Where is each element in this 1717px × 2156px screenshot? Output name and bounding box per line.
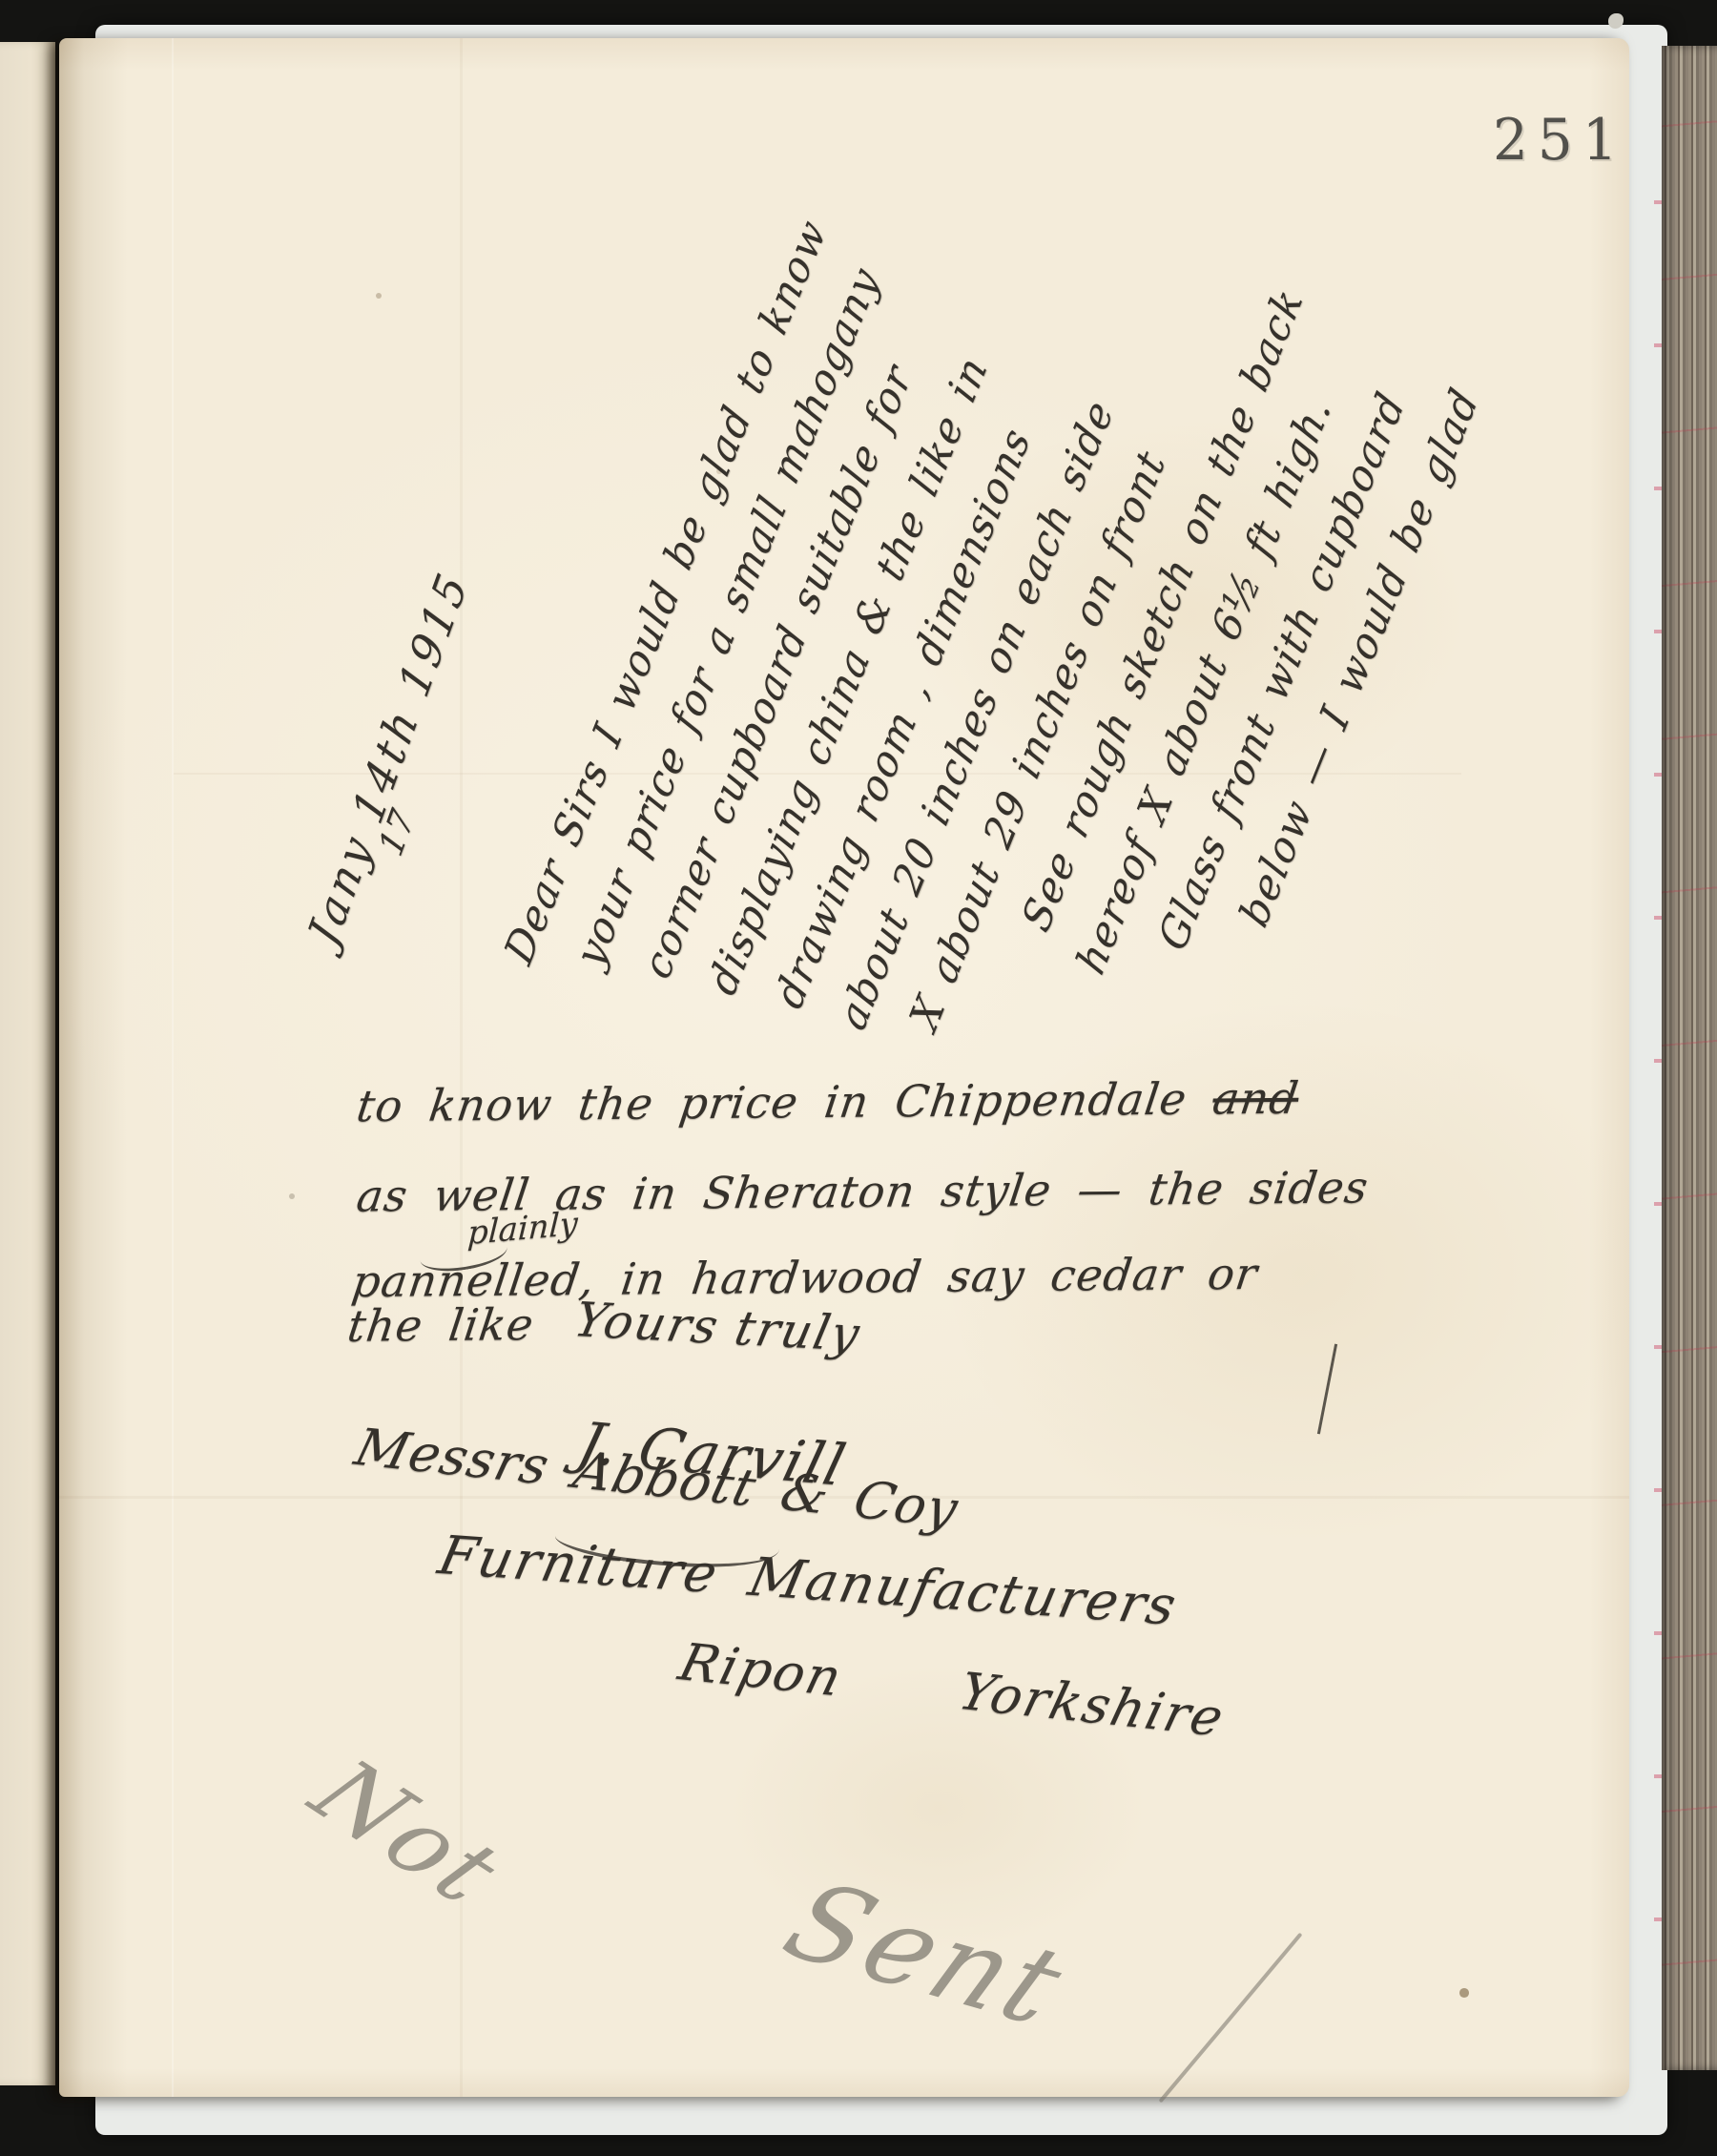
previous-page-edge [0, 42, 55, 2085]
paper-crease [172, 38, 174, 2097]
letter-page: 251 Jany 14th 1915 17 Dear Sirs I would … [59, 38, 1629, 2097]
struck-word: and [1210, 1072, 1302, 1125]
letter-date: Jany 14th 1915 [298, 563, 480, 954]
pencil-stroke [1159, 1933, 1303, 2104]
continuation-line-1-text: to know the price in Chippendale [354, 1072, 1217, 1131]
recipient-address-line: RiponYorkshire [673, 1632, 1231, 1749]
recipient-town: Ripon [673, 1632, 849, 1708]
page-stack-edge [1662, 46, 1717, 2070]
recipient-business: Furniture Manufacturers [433, 1524, 1183, 1637]
stray-ink-mark [1317, 1344, 1337, 1435]
recipient-county: Yorkshire [953, 1662, 1231, 1749]
book-scan: 251 Jany 14th 1915 17 Dear Sirs I would … [0, 0, 1717, 2156]
letter-body-rotated: Dear Sirs I would be glad to know your p… [481, 77, 1520, 1237]
continuation-line-1: to know the price in Chippendale and [354, 1072, 1302, 1132]
pencil-note-sent: Sent [766, 1858, 1086, 2050]
continuation-line-4: the like [344, 1298, 537, 1352]
paper-crease [460, 38, 463, 2097]
pencil-note-not: Not [290, 1741, 525, 1925]
page-number-stamp: 251 [1493, 106, 1627, 174]
paper-specks [59, 38, 63, 42]
